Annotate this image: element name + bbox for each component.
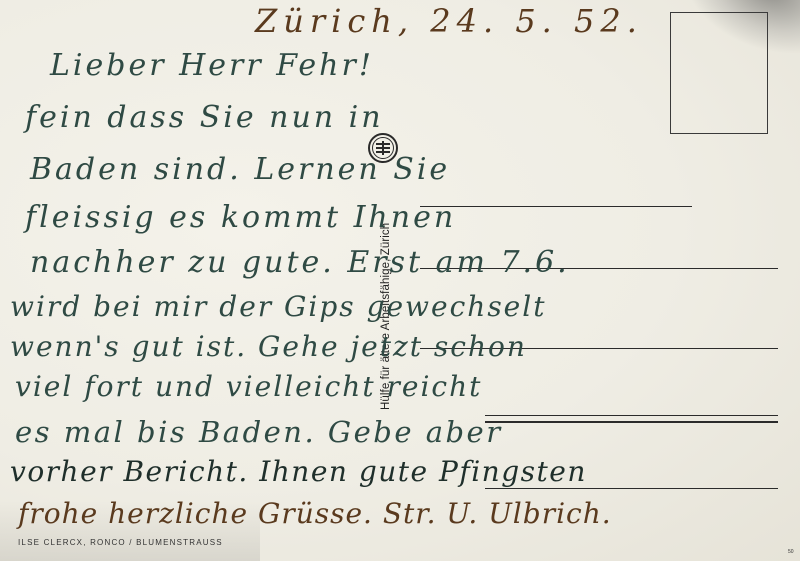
letter-line-8: viel fort und vielleicht reicht: [15, 370, 482, 403]
letter-line-7: wenn's gut ist. Gehe jetzt schon: [10, 330, 527, 363]
stamp-box: [670, 12, 768, 134]
letter-line-10: vorher Bericht. Ihnen gute Pfingsten: [10, 455, 587, 488]
address-line-4b: [485, 421, 778, 423]
publisher-credit: ILSE CLERCX, RONCO / BLUMENSTRAUSS: [18, 538, 223, 547]
letter-line-1: Lieber Herr Fehr!: [50, 48, 374, 83]
place-date: Zürich, 24. 5. 52.: [255, 2, 643, 40]
letter-line-4: fleissig es kommt Ihnen: [25, 200, 456, 235]
letter-line-5: nachher zu gute. Erst am 7.6.: [30, 245, 570, 280]
letter-line-3: Baden sind. Lernen Sie: [30, 152, 450, 187]
address-line-5: [485, 488, 778, 489]
postcard-back: Hülfe für ältere Arbeitsfähige, Zürich Z…: [0, 0, 800, 561]
address-line-4a: [485, 415, 778, 416]
card-number: 50: [788, 549, 794, 555]
letter-line-9: es mal bis Baden. Gebe aber: [15, 415, 503, 449]
letter-line-11: frohe herzliche Grüsse. Str. U. Ulbrich.: [18, 497, 612, 530]
address-line-1: [420, 206, 692, 207]
letter-line-2: fein dass Sie nun in: [25, 100, 384, 135]
letter-line-6: wird bei mir der Gips gewechselt: [10, 290, 546, 323]
